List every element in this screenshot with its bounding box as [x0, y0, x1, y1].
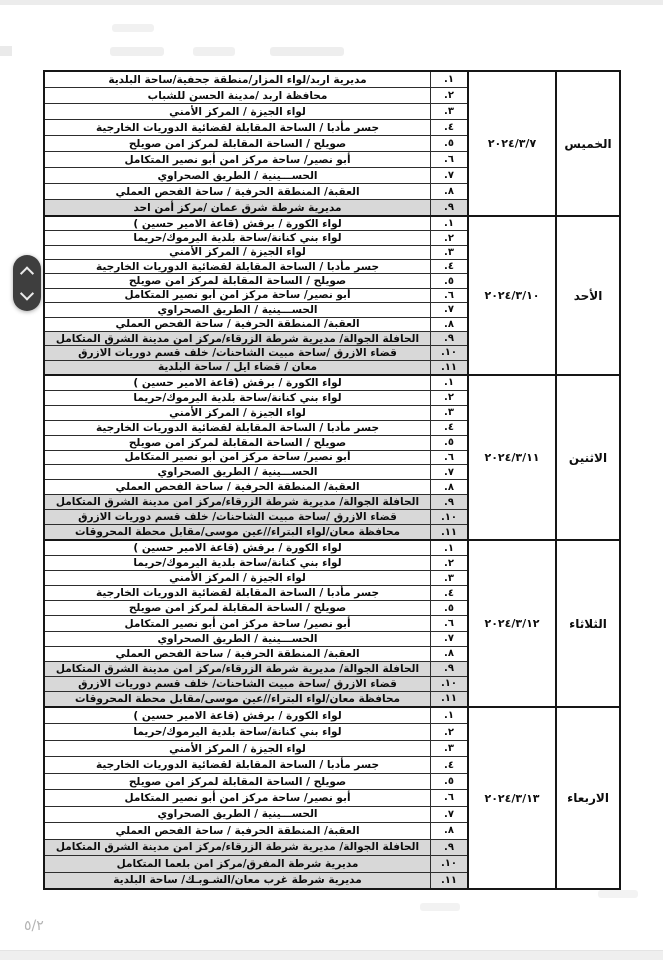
location-cell: أبو نصير/ ساحة مركز امن أبو نصير المتكام… — [45, 790, 430, 805]
location-cell: مديرية شرطة شرق عمان /مركز أمن احد — [45, 200, 430, 215]
table-row: ٥. صويلح / الساحة المقابلة لمركز امن صوي… — [45, 600, 467, 615]
table-row: ٤. جسر مأدبا / الساحة المقابلة لقضائية ا… — [45, 585, 467, 600]
scan-artifact — [110, 47, 164, 56]
row-number-cell: ١١. — [430, 873, 467, 888]
table-row: ٤. جسر مأدبا / الساحة المقابلة لقضائية ا… — [45, 420, 467, 435]
location-cell: لواء الجيزة / المركز الأمني — [45, 741, 430, 756]
row-number-cell: ١١. — [430, 361, 467, 374]
table-row: ٤. جسر مأدبا / الساحة المقابلة لقضائية ا… — [45, 119, 467, 135]
row-number-cell: ٥. — [430, 774, 467, 789]
row-number-cell: ٦. — [430, 152, 467, 167]
chevron-up-icon — [20, 266, 34, 280]
table-row: ٧. الحســـينية / الطريق الصحراوي — [45, 464, 467, 479]
location-cell: لواء الجيزة / المركز الأمني — [45, 406, 430, 420]
patrol-schedule-table: الخميس ٢٠٢٤/٣/٧ ١. مديرية اربد/لواء المز… — [43, 70, 621, 890]
table-row: ٢. لواء بني كنانة/ساحة بلدية اليرموك/حري… — [45, 390, 467, 405]
scroll-nav-pill[interactable] — [13, 255, 41, 311]
location-cell: صويلح / الساحة المقابلة لمركز امن صويلح — [45, 274, 430, 287]
table-row: ٤. جسر مأدبا / الساحة المقابلة لقضائية ا… — [45, 259, 467, 273]
row-number-cell: ٣. — [430, 741, 467, 756]
location-rows: ١. لواء الكورة / برقش (قاعة الامير حسين … — [45, 217, 467, 374]
table-row: ٣. لواء الجيزة / المركز الأمني — [45, 405, 467, 420]
table-row: ١. مديرية اربد/لواء المزار/منطقة جحفية/س… — [45, 72, 467, 87]
location-cell: لواء بني كنانة/ساحة بلدية اليرموك/حريما — [45, 724, 430, 739]
location-cell: مديرية شرطة غرب معان/الشـوبـك/ ساحة البل… — [45, 873, 430, 888]
date-cell: ٢٠٢٤/٣/١٢ — [467, 541, 557, 706]
row-number-cell: ٧. — [430, 807, 467, 822]
location-cell: الحافلة الجوالة/ مديرية شرطة الزرقاء/مرك… — [45, 840, 430, 855]
location-cell: أبو نصير/ ساحة مركز امن أبو نصير المتكام… — [45, 616, 430, 630]
location-rows: ١. مديرية اربد/لواء المزار/منطقة جحفية/س… — [45, 72, 467, 215]
location-cell: قضاء الازرق /ساحة مبيت الشاحنات/ خلف قسم… — [45, 346, 430, 359]
location-cell: الحســـينية / الطريق الصحراوي — [45, 807, 430, 822]
location-cell: أبو نصير/ ساحة مركز امن أبو نصير المتكام… — [45, 289, 430, 302]
location-cell: معان / قضاء ايل / ساحة البلدية — [45, 361, 430, 374]
location-rows: ١. لواء الكورة / برقش (قاعة الامير حسين … — [45, 541, 467, 706]
table-row: ٣. لواء الجيزة / المركز الأمني — [45, 740, 467, 756]
row-number-cell: ٩. — [430, 200, 467, 215]
table-row: ١١. معان / قضاء ايل / ساحة البلدية — [45, 360, 467, 374]
row-number-cell: ٣. — [430, 406, 467, 420]
day-section: الاثنين ٢٠٢٤/٣/١١ ١. لواء الكورة / برقش … — [45, 374, 619, 539]
location-cell: لواء الكورة / برقش (قاعة الامير حسين ) — [45, 376, 430, 390]
location-cell: الحســـينية / الطريق الصحراوي — [45, 168, 430, 183]
table-row: ٥. صويلح / الساحة المقابلة لمركز امن صوي… — [45, 273, 467, 287]
location-cell: أبو نصير/ ساحة مركز امن أبو نصير المتكام… — [45, 451, 430, 465]
scan-artifact — [420, 903, 460, 911]
row-number-cell: ٦. — [430, 790, 467, 805]
table-row: ٣. لواء الجيزة / المركز الأمني — [45, 245, 467, 259]
row-number-cell: ٧. — [430, 465, 467, 479]
row-number-cell: ٣. — [430, 246, 467, 259]
table-row: ٧. الحســـينية / الطريق الصحراوي — [45, 631, 467, 646]
date-cell: ٢٠٢٤/٣/١٣ — [467, 708, 557, 888]
row-number-cell: ١. — [430, 708, 467, 723]
row-number-cell: ٢. — [430, 391, 467, 405]
scan-artifact — [112, 24, 154, 32]
location-cell: الحســـينية / الطريق الصحراوي — [45, 465, 430, 479]
location-cell: مديرية اربد/لواء المزار/منطقة جحفية/ساحة… — [45, 72, 430, 87]
location-cell: العقبة/ المنطقة الحرفية / ساحة الفحص الع… — [45, 184, 430, 199]
row-number-cell: ٦. — [430, 616, 467, 630]
location-cell: محافظة معان/لواء البتراء//عين موسى/مقابل… — [45, 692, 430, 706]
table-row: ٨. العقبة/ المنطقة الحرفية / ساحة الفحص … — [45, 822, 467, 838]
row-number-cell: ٣. — [430, 104, 467, 119]
row-number-cell: ٨. — [430, 184, 467, 199]
chevron-down-icon — [20, 286, 34, 300]
table-row: ٩. الحافلة الجوالة/ مديرية شرطة الزرقاء/… — [45, 494, 467, 509]
day-name-cell: الاثنين — [557, 376, 619, 539]
location-cell: مديرية شرطة المفرق/مركز امن بلعما المتكا… — [45, 856, 430, 871]
table-row: ٦. أبو نصير/ ساحة مركز امن أبو نصير المت… — [45, 288, 467, 302]
location-cell: جسر مأدبا / الساحة المقابلة لقضائية الدو… — [45, 260, 430, 273]
row-number-cell: ٩. — [430, 332, 467, 345]
table-row: ١٠. مديرية شرطة المفرق/مركز امن بلعما ال… — [45, 855, 467, 871]
bottom-scan-bar — [0, 950, 663, 960]
location-cell: لواء بني كنانة/ساحة بلدية اليرموك/حريما — [45, 556, 430, 570]
table-row: ٩. مديرية شرطة شرق عمان /مركز أمن احد — [45, 199, 467, 215]
location-cell: العقبة/ المنطقة الحرفية / ساحة الفحص الع… — [45, 823, 430, 838]
location-cell: الحافلة الجوالة/ مديرية شرطة الزرقاء/مرك… — [45, 332, 430, 345]
location-rows: ١. لواء الكورة / برقش (قاعة الامير حسين … — [45, 376, 467, 539]
table-row: ٦. أبو نصير/ ساحة مركز امن أبو نصير المت… — [45, 615, 467, 630]
row-number-cell: ٨. — [430, 823, 467, 838]
row-number-cell: ٥. — [430, 601, 467, 615]
row-number-cell: ٤. — [430, 260, 467, 273]
day-section: الخميس ٢٠٢٤/٣/٧ ١. مديرية اربد/لواء المز… — [45, 72, 619, 215]
location-cell: أبو نصير/ ساحة مركز امن أبو نصير المتكام… — [45, 152, 430, 167]
table-row: ٩. الحافلة الجوالة/ مديرية شرطة الزرقاء/… — [45, 839, 467, 855]
row-number-cell: ٨. — [430, 647, 467, 661]
table-row: ١. لواء الكورة / برقش (قاعة الامير حسين … — [45, 541, 467, 555]
day-name-cell: الثلاثاء — [557, 541, 619, 706]
table-row: ٨. العقبة/ المنطقة الحرفية / ساحة الفحص … — [45, 479, 467, 494]
row-number-cell: ٢. — [430, 88, 467, 103]
location-cell: قضاء الازرق /ساحة مبيت الشاحنات/ خلف قسم… — [45, 510, 430, 524]
location-cell: الحســـينية / الطريق الصحراوي — [45, 632, 430, 646]
table-row: ٢. لواء بني كنانة/ساحة بلدية اليرموك/حري… — [45, 230, 467, 244]
location-cell: لواء الكورة / برقش (قاعة الامير حسين ) — [45, 541, 430, 555]
table-row: ٥. صويلح / الساحة المقابلة لمركز امن صوي… — [45, 773, 467, 789]
location-cell: صويلح / الساحة المقابلة لمركز امن صويلح — [45, 136, 430, 151]
row-number-cell: ٦. — [430, 289, 467, 302]
row-number-cell: ٤. — [430, 757, 467, 772]
row-number-cell: ٩. — [430, 840, 467, 855]
row-number-cell: ١٠. — [430, 677, 467, 691]
location-cell: لواء بني كنانة/ساحة بلدية اليرموك/حريما — [45, 231, 430, 244]
location-cell: قضاء الازرق /ساحة مبيت الشاحنات/ خلف قسم… — [45, 677, 430, 691]
table-row: ٧. الحســـينية / الطريق الصحراوي — [45, 806, 467, 822]
table-row: ٨. العقبة/ المنطقة الحرفية / ساحة الفحص … — [45, 183, 467, 199]
table-row: ٦. أبو نصير/ ساحة مركز امن أبو نصير المت… — [45, 151, 467, 167]
row-number-cell: ٥. — [430, 436, 467, 450]
day-section: الثلاثاء ٢٠٢٤/٣/١٢ ١. لواء الكورة / برقش… — [45, 539, 619, 706]
scan-artifact — [270, 47, 344, 56]
location-cell: لواء الجيزة / المركز الأمني — [45, 571, 430, 585]
location-cell: الحافلة الجوالة/ مديرية شرطة الزرقاء/مرك… — [45, 662, 430, 676]
location-cell: صويلح / الساحة المقابلة لمركز امن صويلح — [45, 601, 430, 615]
table-row: ٦. أبو نصير/ ساحة مركز امن أبو نصير المت… — [45, 450, 467, 465]
table-row: ٩. الحافلة الجوالة/ مديرية شرطة الزرقاء/… — [45, 661, 467, 676]
table-row: ١٠. قضاء الازرق /ساحة مبيت الشاحنات/ خلف… — [45, 676, 467, 691]
top-scan-bar — [0, 0, 663, 5]
table-row: ٨. العقبة/ المنطقة الحرفية / ساحة الفحص … — [45, 646, 467, 661]
table-row: ١١. محافظة معان/لواء البتراء//عين موسى/م… — [45, 524, 467, 539]
date-cell: ٢٠٢٤/٣/١١ — [467, 376, 557, 539]
location-cell: الحافلة الجوالة/ مديرية شرطة الزرقاء/مرك… — [45, 495, 430, 509]
row-number-cell: ١. — [430, 72, 467, 87]
location-cell: لواء بني كنانة/ساحة بلدية اليرموك/حريما — [45, 391, 430, 405]
row-number-cell: ٧. — [430, 168, 467, 183]
day-section: الاربعاء ٢٠٢٤/٣/١٣ ١. لواء الكورة / برقش… — [45, 706, 619, 888]
location-cell: لواء الكورة / برقش (قاعة الامير حسين ) — [45, 217, 430, 230]
row-number-cell: ٩. — [430, 662, 467, 676]
location-cell: محافظة اربد /مدينة الحسن للشباب — [45, 88, 430, 103]
row-number-cell: ١. — [430, 541, 467, 555]
table-row: ٦. أبو نصير/ ساحة مركز امن أبو نصير المت… — [45, 789, 467, 805]
table-row: ١٠. قضاء الازرق /ساحة مبيت الشاحنات/ خلف… — [45, 509, 467, 524]
row-number-cell: ٧. — [430, 303, 467, 316]
location-cell: محافظة معان/لواء البتراء//عين موسى/مقابل… — [45, 525, 430, 539]
scan-artifact — [598, 890, 638, 898]
table-row: ٧. الحســـينية / الطريق الصحراوي — [45, 302, 467, 316]
location-cell: الحســـينية / الطريق الصحراوي — [45, 303, 430, 316]
location-cell: العقبة/ المنطقة الحرفية / ساحة الفحص الع… — [45, 318, 430, 331]
table-row: ٥. صويلح / الساحة المقابلة لمركز امن صوي… — [45, 135, 467, 151]
table-row: ٣. لواء الجيزة / المركز الأمني — [45, 103, 467, 119]
table-row: ١. لواء الكورة / برقش (قاعة الامير حسين … — [45, 708, 467, 723]
row-number-cell: ١١. — [430, 525, 467, 539]
table-row: ١. لواء الكورة / برقش (قاعة الامير حسين … — [45, 376, 467, 390]
row-number-cell: ٥. — [430, 136, 467, 151]
location-cell: جسر مأدبا / الساحة المقابلة لقضائية الدو… — [45, 120, 430, 135]
date-cell: ٢٠٢٤/٣/٧ — [467, 72, 557, 215]
table-row: ١١. محافظة معان/لواء البتراء//عين موسى/م… — [45, 691, 467, 706]
table-row: ٤. جسر مأدبا / الساحة المقابلة لقضائية ا… — [45, 756, 467, 772]
location-cell: لواء الجيزة / المركز الأمني — [45, 104, 430, 119]
day-section: الأحد ٢٠٢٤/٣/١٠ ١. لواء الكورة / برقش (ق… — [45, 215, 619, 374]
location-cell: جسر مأدبا / الساحة المقابلة لقضائية الدو… — [45, 421, 430, 435]
row-number-cell: ٤. — [430, 586, 467, 600]
row-number-cell: ٤. — [430, 421, 467, 435]
table-row: ٩. الحافلة الجوالة/ مديرية شرطة الزرقاء/… — [45, 331, 467, 345]
row-number-cell: ١. — [430, 217, 467, 230]
day-name-cell: الأحد — [557, 217, 619, 374]
row-number-cell: ١٠. — [430, 346, 467, 359]
date-cell: ٢٠٢٤/٣/١٠ — [467, 217, 557, 374]
row-number-cell: ٣. — [430, 571, 467, 585]
location-cell: جسر مأدبا / الساحة المقابلة لقضائية الدو… — [45, 586, 430, 600]
location-cell: لواء الكورة / برقش (قاعة الامير حسين ) — [45, 708, 430, 723]
row-number-cell: ١١. — [430, 692, 467, 706]
location-rows: ١. لواء الكورة / برقش (قاعة الامير حسين … — [45, 708, 467, 888]
day-name-cell: الاربعاء — [557, 708, 619, 888]
row-number-cell: ٨. — [430, 318, 467, 331]
page-indicator: ٥/٢ — [24, 918, 44, 934]
row-number-cell: ٥. — [430, 274, 467, 287]
row-number-cell: ٧. — [430, 632, 467, 646]
table-row: ٥. صويلح / الساحة المقابلة لمركز امن صوي… — [45, 435, 467, 450]
scan-artifact — [193, 47, 235, 56]
row-number-cell: ١٠. — [430, 510, 467, 524]
row-number-cell: ٢. — [430, 231, 467, 244]
table-row: ٧. الحســـينية / الطريق الصحراوي — [45, 167, 467, 183]
row-number-cell: ١. — [430, 376, 467, 390]
row-number-cell: ٦. — [430, 451, 467, 465]
scan-artifact — [0, 46, 12, 56]
location-cell: العقبة/ المنطقة الحرفية / ساحة الفحص الع… — [45, 480, 430, 494]
row-number-cell: ٢. — [430, 724, 467, 739]
scroll-up-button[interactable] — [17, 264, 37, 280]
row-number-cell: ١٠. — [430, 856, 467, 871]
table-row: ١٠. قضاء الازرق /ساحة مبيت الشاحنات/ خلف… — [45, 345, 467, 359]
table-row: ٣. لواء الجيزة / المركز الأمني — [45, 570, 467, 585]
location-cell: لواء الجيزة / المركز الأمني — [45, 246, 430, 259]
row-number-cell: ٢. — [430, 556, 467, 570]
table-row: ٨. العقبة/ المنطقة الحرفية / ساحة الفحص … — [45, 317, 467, 331]
row-number-cell: ٤. — [430, 120, 467, 135]
scroll-down-button[interactable] — [17, 287, 37, 303]
table-row: ٢. لواء بني كنانة/ساحة بلدية اليرموك/حري… — [45, 723, 467, 739]
day-name-cell: الخميس — [557, 72, 619, 215]
location-cell: صويلح / الساحة المقابلة لمركز امن صويلح — [45, 774, 430, 789]
table-row: ٢. محافظة اربد /مدينة الحسن للشباب — [45, 87, 467, 103]
location-cell: العقبة/ المنطقة الحرفية / ساحة الفحص الع… — [45, 647, 430, 661]
location-cell: جسر مأدبا / الساحة المقابلة لقضائية الدو… — [45, 757, 430, 772]
table-row: ٢. لواء بني كنانة/ساحة بلدية اليرموك/حري… — [45, 555, 467, 570]
row-number-cell: ٩. — [430, 495, 467, 509]
location-cell: صويلح / الساحة المقابلة لمركز امن صويلح — [45, 436, 430, 450]
row-number-cell: ٨. — [430, 480, 467, 494]
table-row: ١١. مديرية شرطة غرب معان/الشـوبـك/ ساحة … — [45, 872, 467, 888]
table-row: ١. لواء الكورة / برقش (قاعة الامير حسين … — [45, 217, 467, 230]
